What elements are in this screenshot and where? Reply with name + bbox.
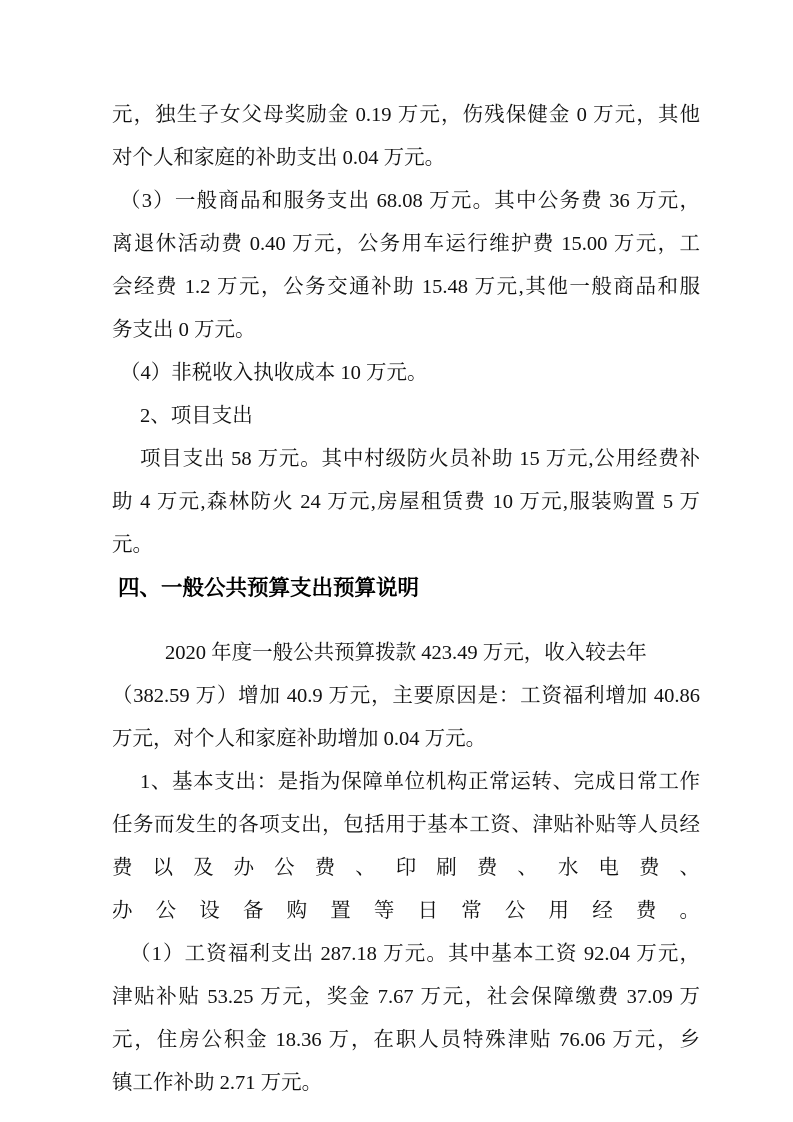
document-line: 离退休活动费 0.40 万元，公务用车运行维护费 15.00 万元，工 [112, 223, 700, 266]
document-line: 津贴补贴 53.25 万元，奖金 7.67 万元，社会保障缴费 37.09 万 [112, 976, 700, 1019]
document-line: （382.59 万）增加 40.9 万元，主要原因是：工资福利增加 40.86 [112, 675, 700, 718]
document-line: 项目支出 58 万元。其中村级防火员补助 15 万元,公用经费补 [112, 438, 700, 481]
document-line: 万元，对个人和家庭补助增加 0.04 万元。 [112, 718, 700, 761]
document-line: 任务而发生的各项支出，包括用于基本工资、津贴补贴等人员经 [112, 804, 700, 847]
document-line: 元，住房公积金 18.36 万，在职人员特殊津贴 76.06 万元，乡 [112, 1019, 700, 1062]
section-heading: 四、一般公共预算支出预算说明 [112, 567, 700, 610]
document-line: 费以及办公费、印刷费、水电费、办公设备购置等日常公用经费。 [112, 847, 700, 933]
document-line: 务支出 0 万元。 [112, 309, 700, 352]
document-line: 助 4 万元,森林防火 24 万元,房屋租赁费 10 万元,服装购置 5 万 [112, 481, 700, 524]
document-line: 对个人和家庭的补助支出 0.04 万元。 [112, 137, 700, 180]
document-line: 1、基本支出：是指为保障单位机构正常运转、完成日常工作 [112, 761, 700, 804]
document-line: 元。 [112, 524, 700, 567]
document-line: 会经费 1.2 万元，公务交通补助 15.48 万元,其他一般商品和服 [112, 266, 700, 309]
document-line: 2、项目支出 [112, 395, 700, 438]
document-line: 元，独生子女父母奖励金 0.19 万元，伤残保健金 0 万元，其他 [112, 94, 700, 137]
document-line: 镇工作补助 2.71 万元。 [112, 1062, 700, 1105]
document-line: 2020 年度一般公共预算拨款 423.49 万元，收入较去年 [112, 632, 700, 675]
document-line: （1）工资福利支出 287.18 万元。其中基本工资 92.04 万元， [112, 933, 700, 976]
document-page: 元，独生子女父母奖励金 0.19 万元，伤残保健金 0 万元，其他 对个人和家庭… [0, 0, 793, 1122]
document-line: （3）一般商品和服务支出 68.08 万元。其中公务费 36 万元， [112, 180, 700, 223]
document-line: （4）非税收入执收成本 10 万元。 [112, 352, 700, 395]
